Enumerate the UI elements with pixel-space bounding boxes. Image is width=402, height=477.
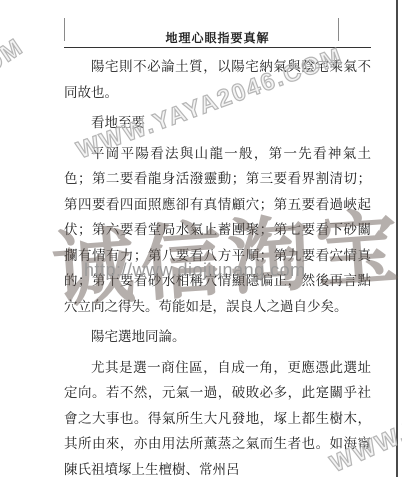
body-text-column: 陽宅則不必論土質，以陽宅納氣與陰宅乘氣不同故也。 看地至要 平岡平陽看法與山龍一… [64,54,371,477]
paragraph: 平岡平陽看法與山龍一般，第一先看神氣土色；第二要看龍身活潑靈動；第三要看界割清切… [64,141,371,320]
scanned-book-page: 地理心眼指要真解 陽宅則不必論土質，以陽宅納氣與陰宅乘氣不同故也。 看地至要 平… [0,0,402,477]
diagonal-site-watermark-clipped-left: WWW.YAYA2046.COM [0,33,29,214]
paragraph: 陽宅選地同論。 [64,324,371,350]
paragraph: 尤其是選一商住區，自成一角，更應憑此選址定向。若不然，元氣一過，破敗必多，此寔關… [64,355,371,477]
page-header-title: 地理心眼指要真解 [64,29,371,46]
page-edge-shadow [396,0,398,477]
paragraph: 陽宅則不必論土質，以陽宅納氣與陰宅乘氣不同故也。 [64,54,371,105]
header-rule [64,47,371,48]
section-heading: 看地至要 [64,110,371,136]
